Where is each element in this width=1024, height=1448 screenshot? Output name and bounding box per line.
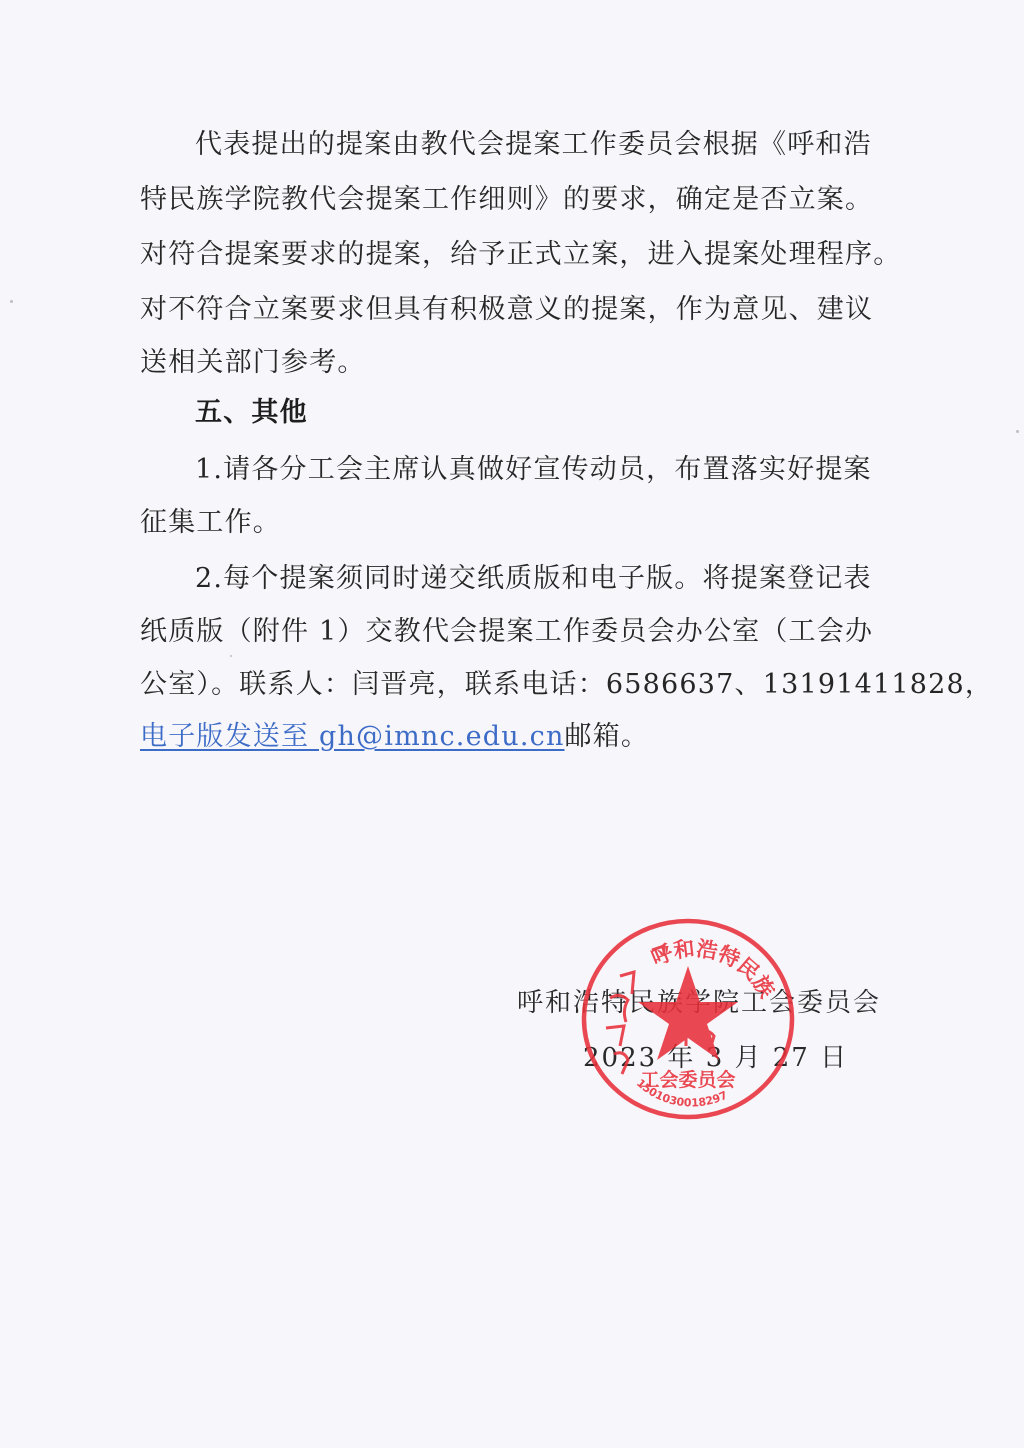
list-item-line: 公室）。联系人：闫晋亮，联系电话：6586637、13191411828，: [140, 667, 993, 703]
signature-organization: 呼和浩特民族学院工会委员会: [517, 985, 881, 1021]
paragraph-line: 送相关部门参考。: [140, 345, 366, 381]
list-item-line: 纸质版（附件 1）交教代会提案工作委员会办公室（工会办: [140, 614, 873, 650]
seal-serial-number: 1501030018297: [634, 1076, 730, 1109]
email-suffix: 邮箱。: [565, 721, 650, 752]
email-link[interactable]: 电子版发送至 gh@imnc.edu.cn: [140, 721, 565, 752]
paragraph-line: 代表提出的提案由教代会提案工作委员会根据《呼和浩: [195, 127, 872, 163]
section-heading: 五、其他: [195, 395, 308, 431]
paragraph-line: 对符合提案要求的提案，给予正式立案，进入提案处理程序。: [140, 237, 901, 273]
scan-speck: [10, 300, 13, 303]
scan-speck: [1016, 430, 1019, 433]
list-item-line: 征集工作。: [140, 505, 281, 541]
scan-speck: [230, 655, 232, 657]
list-item-line: 2.每个提案须同时递交纸质版和电子版。将提案登记表: [195, 561, 872, 597]
paragraph-line: 特民族学院教代会提案工作细则》的要求，确定是否立案。: [140, 182, 873, 218]
email-line: 电子版发送至 gh@imnc.edu.cn邮箱。: [140, 719, 649, 755]
paragraph-line: 对不符合立案要求但具有积极意义的提案，作为意见、建议: [140, 292, 873, 328]
signature-date: 2023 年 3 月 27 日: [583, 1040, 848, 1076]
document-page: 代表提出的提案由教代会提案工作委员会根据《呼和浩 特民族学院教代会提案工作细则》…: [0, 0, 1024, 1448]
list-item-line: 1.请各分工会主席认真做好宣传动员，布置落实好提案: [195, 452, 872, 488]
